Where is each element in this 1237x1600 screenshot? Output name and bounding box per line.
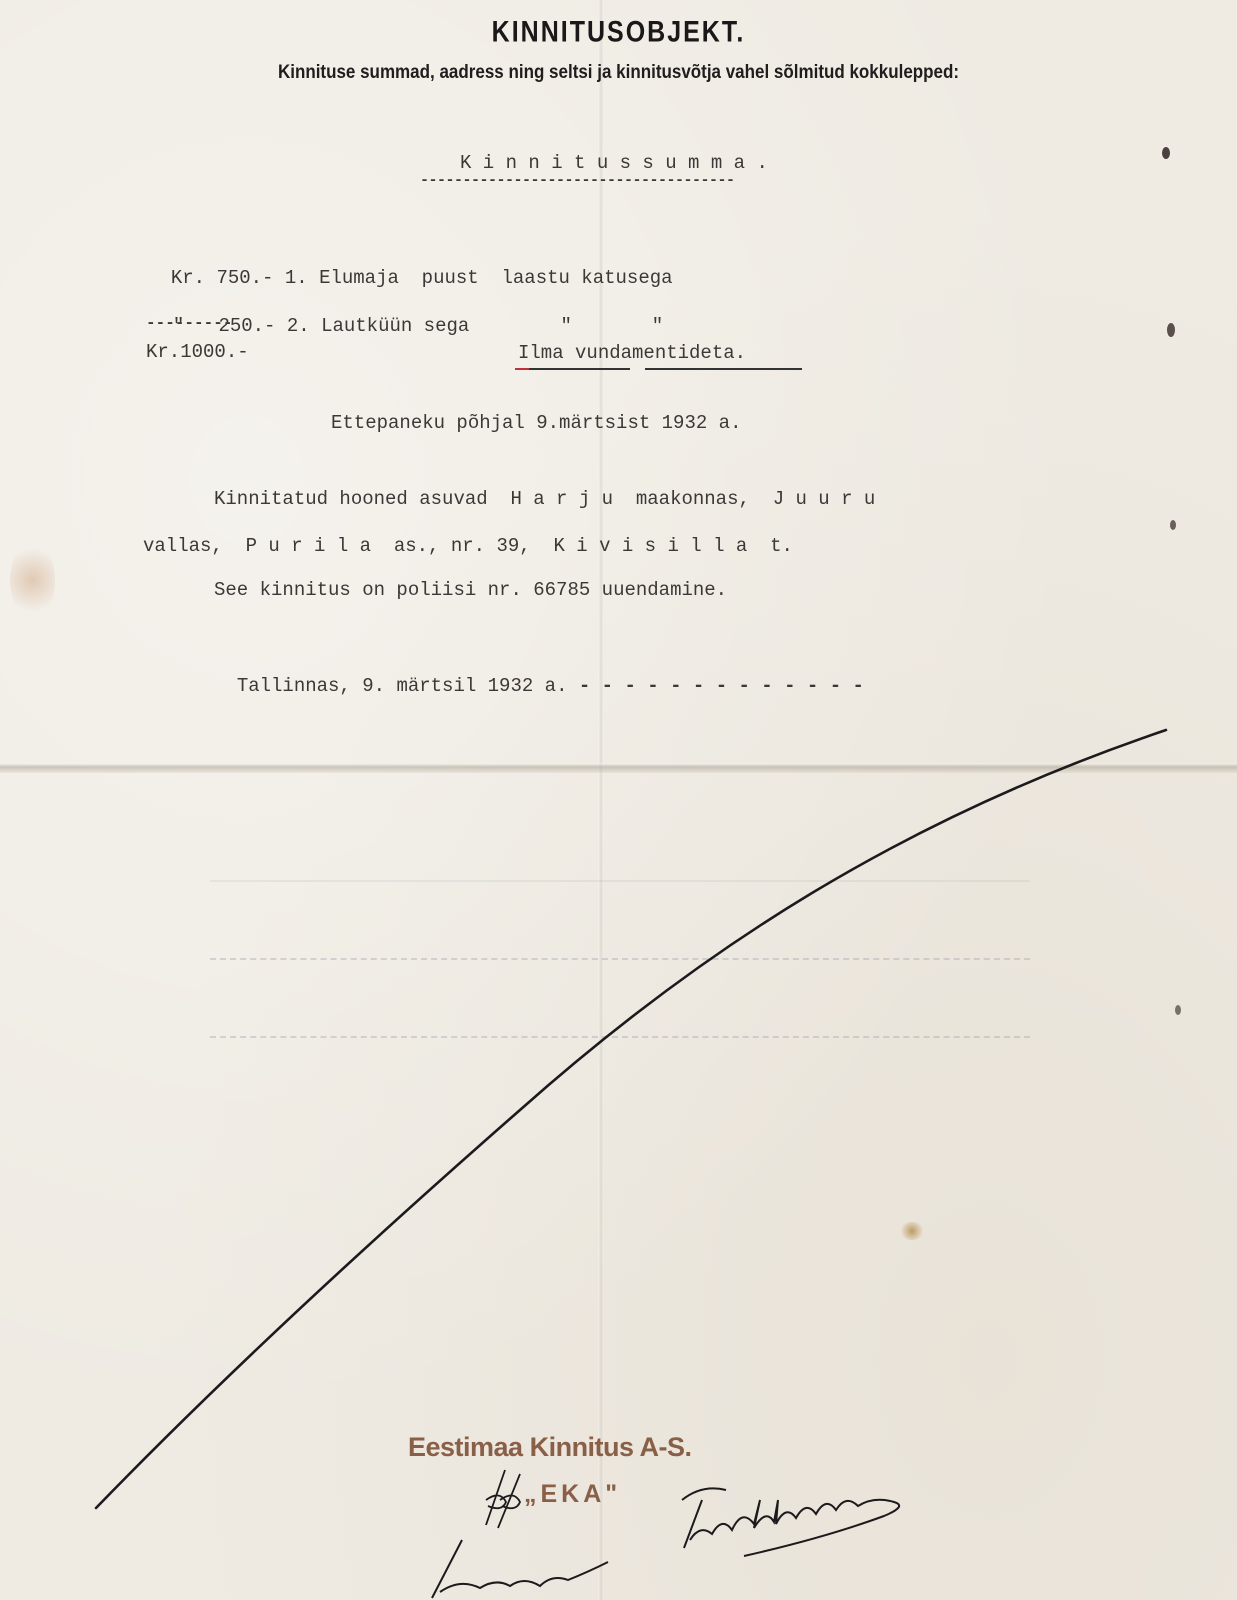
signature-right: [682, 1488, 899, 1556]
signature-left: [432, 1540, 608, 1598]
signature-and-cancel-strokes: [0, 0, 1237, 1600]
pp-initials: [486, 1470, 520, 1528]
cancellation-stroke: [96, 730, 1166, 1508]
